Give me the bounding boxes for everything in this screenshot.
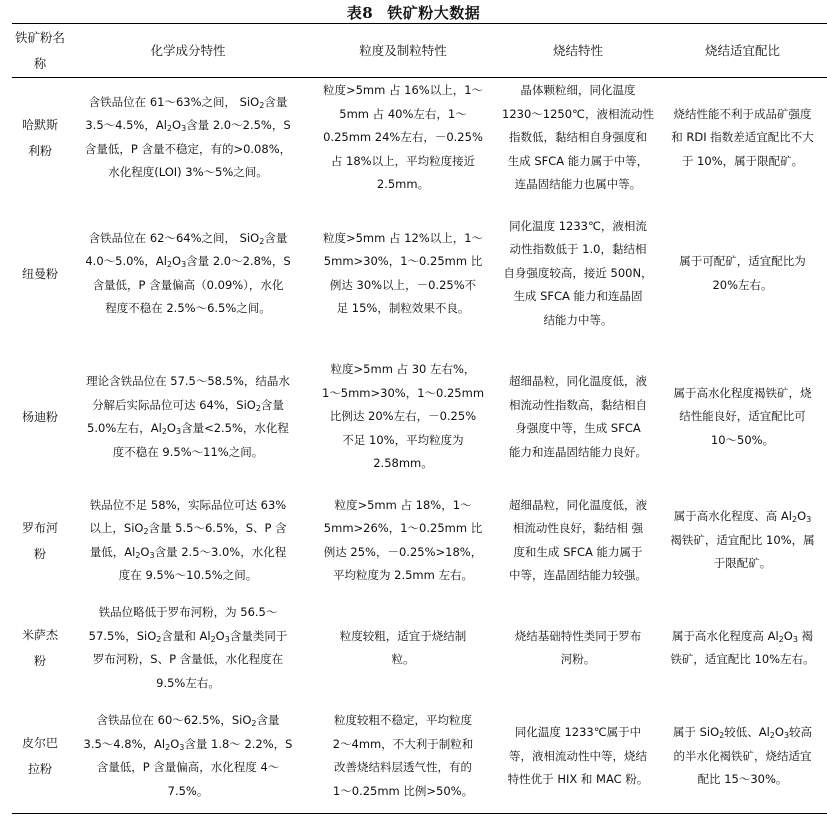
cell-line: 身强度中等，生成 SFCA xyxy=(501,417,655,441)
cell-line: 粒度较粗，适宜于烧结制 xyxy=(311,625,495,649)
cell-line: 指数低，黏结相自身强度和 xyxy=(501,126,655,150)
cell-line: 含铁品位在 62～64%之间， SiO2含量 xyxy=(71,227,305,251)
ore-name: 罗布河粉 xyxy=(12,485,68,597)
cell-line: 烧结特性 xyxy=(553,43,603,58)
header-chemical: 化学成分特性 xyxy=(68,24,308,78)
suitable-ratio: 属于 SiO2较低、Al2O3较高的半水化褐铁矿，烧结适宜配比 15～30%。 xyxy=(658,700,827,814)
cell-line: 1230～1250℃，液相流动性 xyxy=(501,103,655,127)
cell-line: 足 15%，制粒效果不良。 xyxy=(311,297,495,321)
cell-line: 含铁品位在 61～63%之间， SiO2含量 xyxy=(71,91,305,115)
cell-line: 和 RDI 指数差适宜配比不大 xyxy=(661,126,824,150)
cell-line: 晶体颗粒细，同化温度 xyxy=(501,79,655,103)
sintering-properties: 同化温度 1233℃属于中等，液相流动性中等，烧结特性优于 HIX 和 MAC … xyxy=(498,700,658,814)
cell-line: 1～5mm>30%，1～0.25mm xyxy=(311,382,495,406)
cell-line: 属于高水化程度褐铁矿，烧 xyxy=(661,382,824,406)
granularity-properties: 粒度>5mm 占 16%以上，1～5mm 占 40%左右，1～0.25mm 24… xyxy=(308,78,498,198)
cell-line: 皮尔巴 xyxy=(15,730,65,756)
cell-line: 粒度>5mm 占 16%以上，1～ xyxy=(311,79,495,103)
cell-line: 例达 25%，－0.25%>18%， xyxy=(311,541,495,565)
cell-line: 量低，Al2O3含量 2.5～3.0%，水化程 xyxy=(71,541,305,565)
cell-line: 粒度及制粒特性 xyxy=(359,43,447,58)
suitable-ratio: 属于高水化程度褐铁矿，烧结性能良好，适宜配比可10～50%。 xyxy=(658,350,827,485)
sintering-properties: 晶体颗粒细，同化温度1230～1250℃，液相流动性指数低，黏结相自身强度和生成… xyxy=(498,78,658,198)
cell-line: 相流动性良好，黏结相 强 xyxy=(501,517,655,541)
granularity-properties: 粒度较粗不稳定，平均粒度2～4mm，不大利于制粒和改善烧结料层透气性，有的1～0… xyxy=(308,700,498,814)
cell-line: 例达 30%以上，－0.25%不 xyxy=(311,274,495,298)
header-granularity: 粒度及制粒特性 xyxy=(308,24,498,78)
cell-line: 米萨杰 xyxy=(15,622,65,648)
cell-line: 3.5～4.5%，Al2O3含量 2.0～2.5%，S xyxy=(71,114,305,138)
cell-line: 配比 15～30%。 xyxy=(661,768,824,792)
ore-name: 杨迪粉 xyxy=(12,350,68,485)
cell-line: 水化程度(LOI) 3%～5%之间。 xyxy=(71,161,305,185)
cell-line: 烧结基础特性类同于罗布 xyxy=(501,625,655,649)
cell-line: 同化温度 1233℃，液相流 xyxy=(501,215,655,239)
cell-line: 相流动性指数高，黏结相自 xyxy=(501,394,655,418)
cell-line: 改善烧结料层透气性，有的 xyxy=(311,756,495,780)
cell-line: 57.5%，SiO2含量和 Al2O3含量类同于 xyxy=(71,625,305,649)
ore-name: 纽曼粉 xyxy=(12,198,68,350)
cell-line: 于限配矿。 xyxy=(661,552,824,576)
cell-line: 特性优于 HIX 和 MAC 粉。 xyxy=(501,768,655,792)
cell-line: 理论含铁品位在 57.5～58.5%，结晶水 xyxy=(71,370,305,394)
cell-line: 于 10%，属于限配矿。 xyxy=(661,150,824,174)
table-row: 皮尔巴拉粉 含铁品位在 60～62.5%，SiO2含量3.5～4.8%，Al2O… xyxy=(12,700,827,814)
cell-line: 等，液相流动性中等，烧结 xyxy=(501,745,655,769)
cell-line: 超细晶粒，同化温度低，液 xyxy=(501,370,655,394)
cell-line: 1～0.25mm 比例>50%。 xyxy=(311,780,495,804)
cell-line: 粒度>5mm 占 30 左右%， xyxy=(311,358,495,382)
sintering-properties: 同化温度 1233℃，液相流动性指数低于 1.0，黏结相自身强度较高，接近 50… xyxy=(498,198,658,350)
chemical-properties: 理论含铁品位在 57.5～58.5%，结晶水分解后实际品位可达 64%，SiO2… xyxy=(68,350,308,485)
cell-line: 褐铁矿，适宜配比 10%，属 xyxy=(661,529,824,553)
cell-line: 以上，SiO2含量 5.5～6.5%，S、P 含 xyxy=(71,517,305,541)
header-ratio: 烧结适宜配比 xyxy=(658,24,827,78)
cell-line: 结能力中等。 xyxy=(501,309,655,333)
cell-line: 分解后实际品位可达 64%，SiO2含量 xyxy=(71,394,305,418)
cell-line: 5mm>26%，1～0.25mm 比 xyxy=(311,517,495,541)
cell-line: 烧结性能不利于成品矿强度 xyxy=(661,103,824,127)
cell-line: 拉粉 xyxy=(15,756,65,782)
cell-line: 动性指数低于 1.0，黏结相 xyxy=(501,238,655,262)
sintering-properties: 超细晶粒，同化温度低，液相流动性指数高，黏结相自身强度中等，生成 SFCA能力和… xyxy=(498,350,658,485)
iron-ore-data-table: 铁矿粉名称 化学成分特性 粒度及制粒特性 烧结特性 烧结适宜配比 哈默斯利粉 含… xyxy=(12,23,827,814)
header-row: 铁矿粉名称 化学成分特性 粒度及制粒特性 烧结特性 烧结适宜配比 xyxy=(12,24,827,78)
chemical-properties: 铁品位略低于罗布河粉，为 56.5～57.5%，SiO2含量和 Al2O3含量类… xyxy=(68,597,308,700)
table-row: 纽曼粉 含铁品位在 62～64%之间， SiO2含量4.0～5.0%，Al2O3… xyxy=(12,198,827,350)
chemical-properties: 含铁品位在 62～64%之间， SiO2含量4.0～5.0%，Al2O3含量 2… xyxy=(68,198,308,350)
cell-line: 化学成分特性 xyxy=(150,43,225,58)
sintering-properties: 超细晶粒，同化温度低，液相流动性良好，黏结相 强度和生成 SFCA 能力属于中等… xyxy=(498,485,658,597)
cell-line: 河粉。 xyxy=(501,648,655,672)
cell-line: 占 18%以上，平均粒度接近 xyxy=(311,150,495,174)
cell-line: 铁品位不足 58%，实际品位可达 63% xyxy=(71,494,305,518)
ore-name: 米萨杰粉 xyxy=(12,597,68,700)
cell-line: 属于 SiO2较低、Al2O3较高 xyxy=(661,721,824,745)
cell-line: 粒度>5mm 占 18%，1～ xyxy=(311,494,495,518)
cell-line: 粒度较粗不稳定，平均粒度 xyxy=(311,709,495,733)
granularity-properties: 粒度>5mm 占 30 左右%，1～5mm>30%，1～0.25mm比例达 20… xyxy=(308,350,498,485)
cell-line: 生成 SFCA 能力和连晶固 xyxy=(501,285,655,309)
ore-name: 哈默斯利粉 xyxy=(12,78,68,198)
cell-line: 3.5～4.8%，Al2O3含量 1.8～ 2.2%，S xyxy=(71,733,305,757)
cell-line: 属于高水化程度、高 Al2O3 xyxy=(661,505,824,529)
cell-line: 能力和连晶固结能力良好。 xyxy=(501,441,655,465)
chemical-properties: 含铁品位在 60～62.5%，SiO2含量3.5～4.8%，Al2O3含量 1.… xyxy=(68,700,308,814)
cell-line: 度和生成 SFCA 能力属于 xyxy=(501,541,655,565)
table-row: 罗布河粉 铁品位不足 58%，实际品位可达 63%以上，SiO2含量 5.5～6… xyxy=(12,485,827,597)
suitable-ratio: 属于可配矿，适宜配比为20%左右。 xyxy=(658,198,827,350)
cell-line: 比例达 20%左右，－0.25% xyxy=(311,405,495,429)
cell-line: 程度不稳在 2.5%～6.5%之间。 xyxy=(71,297,305,321)
cell-line: 粉 xyxy=(15,541,65,567)
suitable-ratio: 属于高水化程度高 Al2O3 褐铁矿，适宜配比 10%左右。 xyxy=(658,597,827,700)
cell-line: 5mm>30%，1～0.25mm 比 xyxy=(311,250,495,274)
cell-line: 的半水化褐铁矿，烧结适宜 xyxy=(661,745,824,769)
sintering-properties: 烧结基础特性类同于罗布河粉。 xyxy=(498,597,658,700)
cell-line: 4.0～5.0%，Al2O3含量 2.0～2.8%，S xyxy=(71,250,305,274)
cell-line: 铁矿，适宜配比 10%左右。 xyxy=(661,648,824,672)
cell-line: 5.0%左右，Al2O3含量<2.5%，水化程 xyxy=(71,417,305,441)
cell-line: 超细晶粒，同化温度低，液 xyxy=(501,494,655,518)
cell-line: 粒度>5mm 占 12%以上，1～ xyxy=(311,227,495,251)
cell-line: 平均粒度为 2.5mm 左右。 xyxy=(311,564,495,588)
cell-line: 铁矿粉 xyxy=(15,30,53,45)
chemical-properties: 铁品位不足 58%，实际品位可达 63%以上，SiO2含量 5.5～6.5%，S… xyxy=(68,485,308,597)
table-row: 哈默斯利粉 含铁品位在 61～63%之间， SiO2含量3.5～4.5%，Al2… xyxy=(12,78,827,198)
suitable-ratio: 属于高水化程度、高 Al2O3褐铁矿，适宜配比 10%，属于限配矿。 xyxy=(658,485,827,597)
granularity-properties: 粒度>5mm 占 12%以上，1～5mm>30%，1～0.25mm 比例达 30… xyxy=(308,198,498,350)
cell-line: 自身强度较高，接近 500N， xyxy=(501,262,655,286)
cell-line: 含量低，P 含量偏高，水化程度 4～ xyxy=(71,756,305,780)
cell-line: 粒。 xyxy=(311,648,495,672)
cell-line: 含铁品位在 60～62.5%，SiO2含量 xyxy=(71,709,305,733)
table-row: 米萨杰粉 铁品位略低于罗布河粉，为 56.5～57.5%，SiO2含量和 Al2… xyxy=(12,597,827,700)
cell-line: 度在 9.5%～10.5%之间。 xyxy=(71,564,305,588)
cell-line: 2.5mm。 xyxy=(311,173,495,197)
table-number: 表8 xyxy=(347,4,373,22)
header-sintering: 烧结特性 xyxy=(498,24,658,78)
cell-line: 铁品位略低于罗布河粉，为 56.5～ xyxy=(71,601,305,625)
cell-line: 同化温度 1233℃属于中 xyxy=(501,721,655,745)
cell-line: 连晶固结能力也属中等。 xyxy=(501,173,655,197)
table-title: 铁矿粉大数据 xyxy=(387,4,480,22)
cell-line: 哈默斯 xyxy=(15,112,65,138)
cell-line: 属于高水化程度高 Al2O3 褐 xyxy=(661,625,824,649)
cell-line: 纽曼粉 xyxy=(15,261,65,287)
cell-line: 含量低，P 含量偏高（0.09%），水化 xyxy=(71,274,305,298)
suitable-ratio: 烧结性能不利于成品矿强度和 RDI 指数差适宜配比不大于 10%，属于限配矿。 xyxy=(658,78,827,198)
cell-line: 20%左右。 xyxy=(661,274,824,298)
cell-line: 9.5%左右。 xyxy=(71,672,305,696)
cell-line: 罗布河 xyxy=(15,515,65,541)
ore-name: 皮尔巴拉粉 xyxy=(12,700,68,814)
cell-line: 2.58mm。 xyxy=(311,452,495,476)
header-ore-name: 铁矿粉名称 xyxy=(12,24,68,78)
chemical-properties: 含铁品位在 61～63%之间， SiO2含量3.5～4.5%，Al2O3含量 2… xyxy=(68,78,308,198)
cell-line: 7.5%。 xyxy=(71,780,305,804)
cell-line: 10～50%。 xyxy=(661,429,824,453)
cell-line: 粉 xyxy=(15,648,65,674)
cell-line: 杨迪粉 xyxy=(15,404,65,430)
cell-line: 5mm 占 40%左右，1～ xyxy=(311,103,495,127)
cell-line: 结性能良好，适宜配比可 xyxy=(661,405,824,429)
cell-line: 2～4mm，不大利于制粒和 xyxy=(311,733,495,757)
cell-line: 利粉 xyxy=(15,138,65,164)
cell-line: 不足 10%，平均粒度为 xyxy=(311,429,495,453)
table-row: 杨迪粉 理论含铁品位在 57.5～58.5%，结晶水分解后实际品位可达 64%，… xyxy=(12,350,827,485)
cell-line: 中等，连晶固结能力较强。 xyxy=(501,564,655,588)
cell-line: 罗布河粉，S、P 含量低，水化程度在 xyxy=(71,648,305,672)
cell-line: 烧结适宜配比 xyxy=(705,43,780,58)
cell-line: 含量低，P 含量不稳定，有的>0.08%， xyxy=(71,138,305,162)
granularity-properties: 粒度较粗，适宜于烧结制粒。 xyxy=(308,597,498,700)
cell-line: 生成 SFCA 能力属于中等， xyxy=(501,150,655,174)
cell-line: 度不稳在 9.5%～11%之间。 xyxy=(71,441,305,465)
cell-line: 0.25mm 24%左右，－0.25% xyxy=(311,126,495,150)
table-caption: 表8铁矿粉大数据 xyxy=(0,2,827,23)
cell-line: 属于可配矿，适宜配比为 xyxy=(661,250,824,274)
granularity-properties: 粒度>5mm 占 18%，1～5mm>26%，1～0.25mm 比例达 25%，… xyxy=(308,485,498,597)
